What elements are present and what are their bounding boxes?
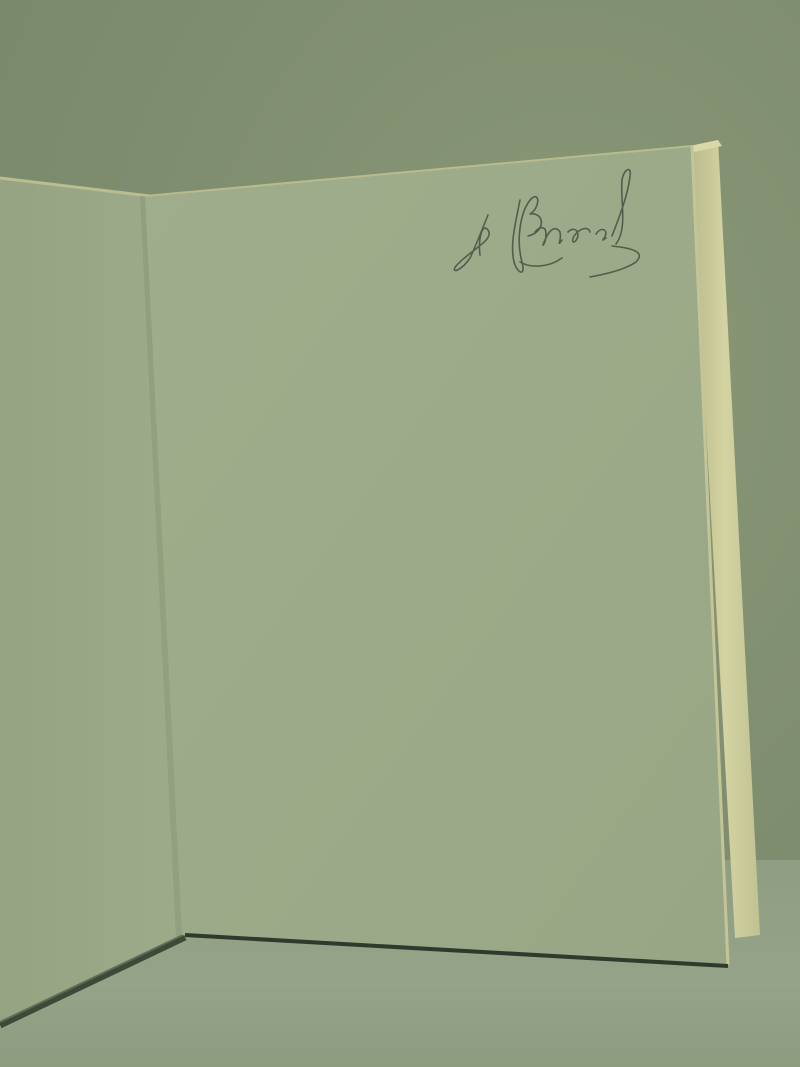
right-page <box>145 146 728 966</box>
book-illustration <box>0 0 800 1067</box>
book-photo <box>0 0 800 1067</box>
